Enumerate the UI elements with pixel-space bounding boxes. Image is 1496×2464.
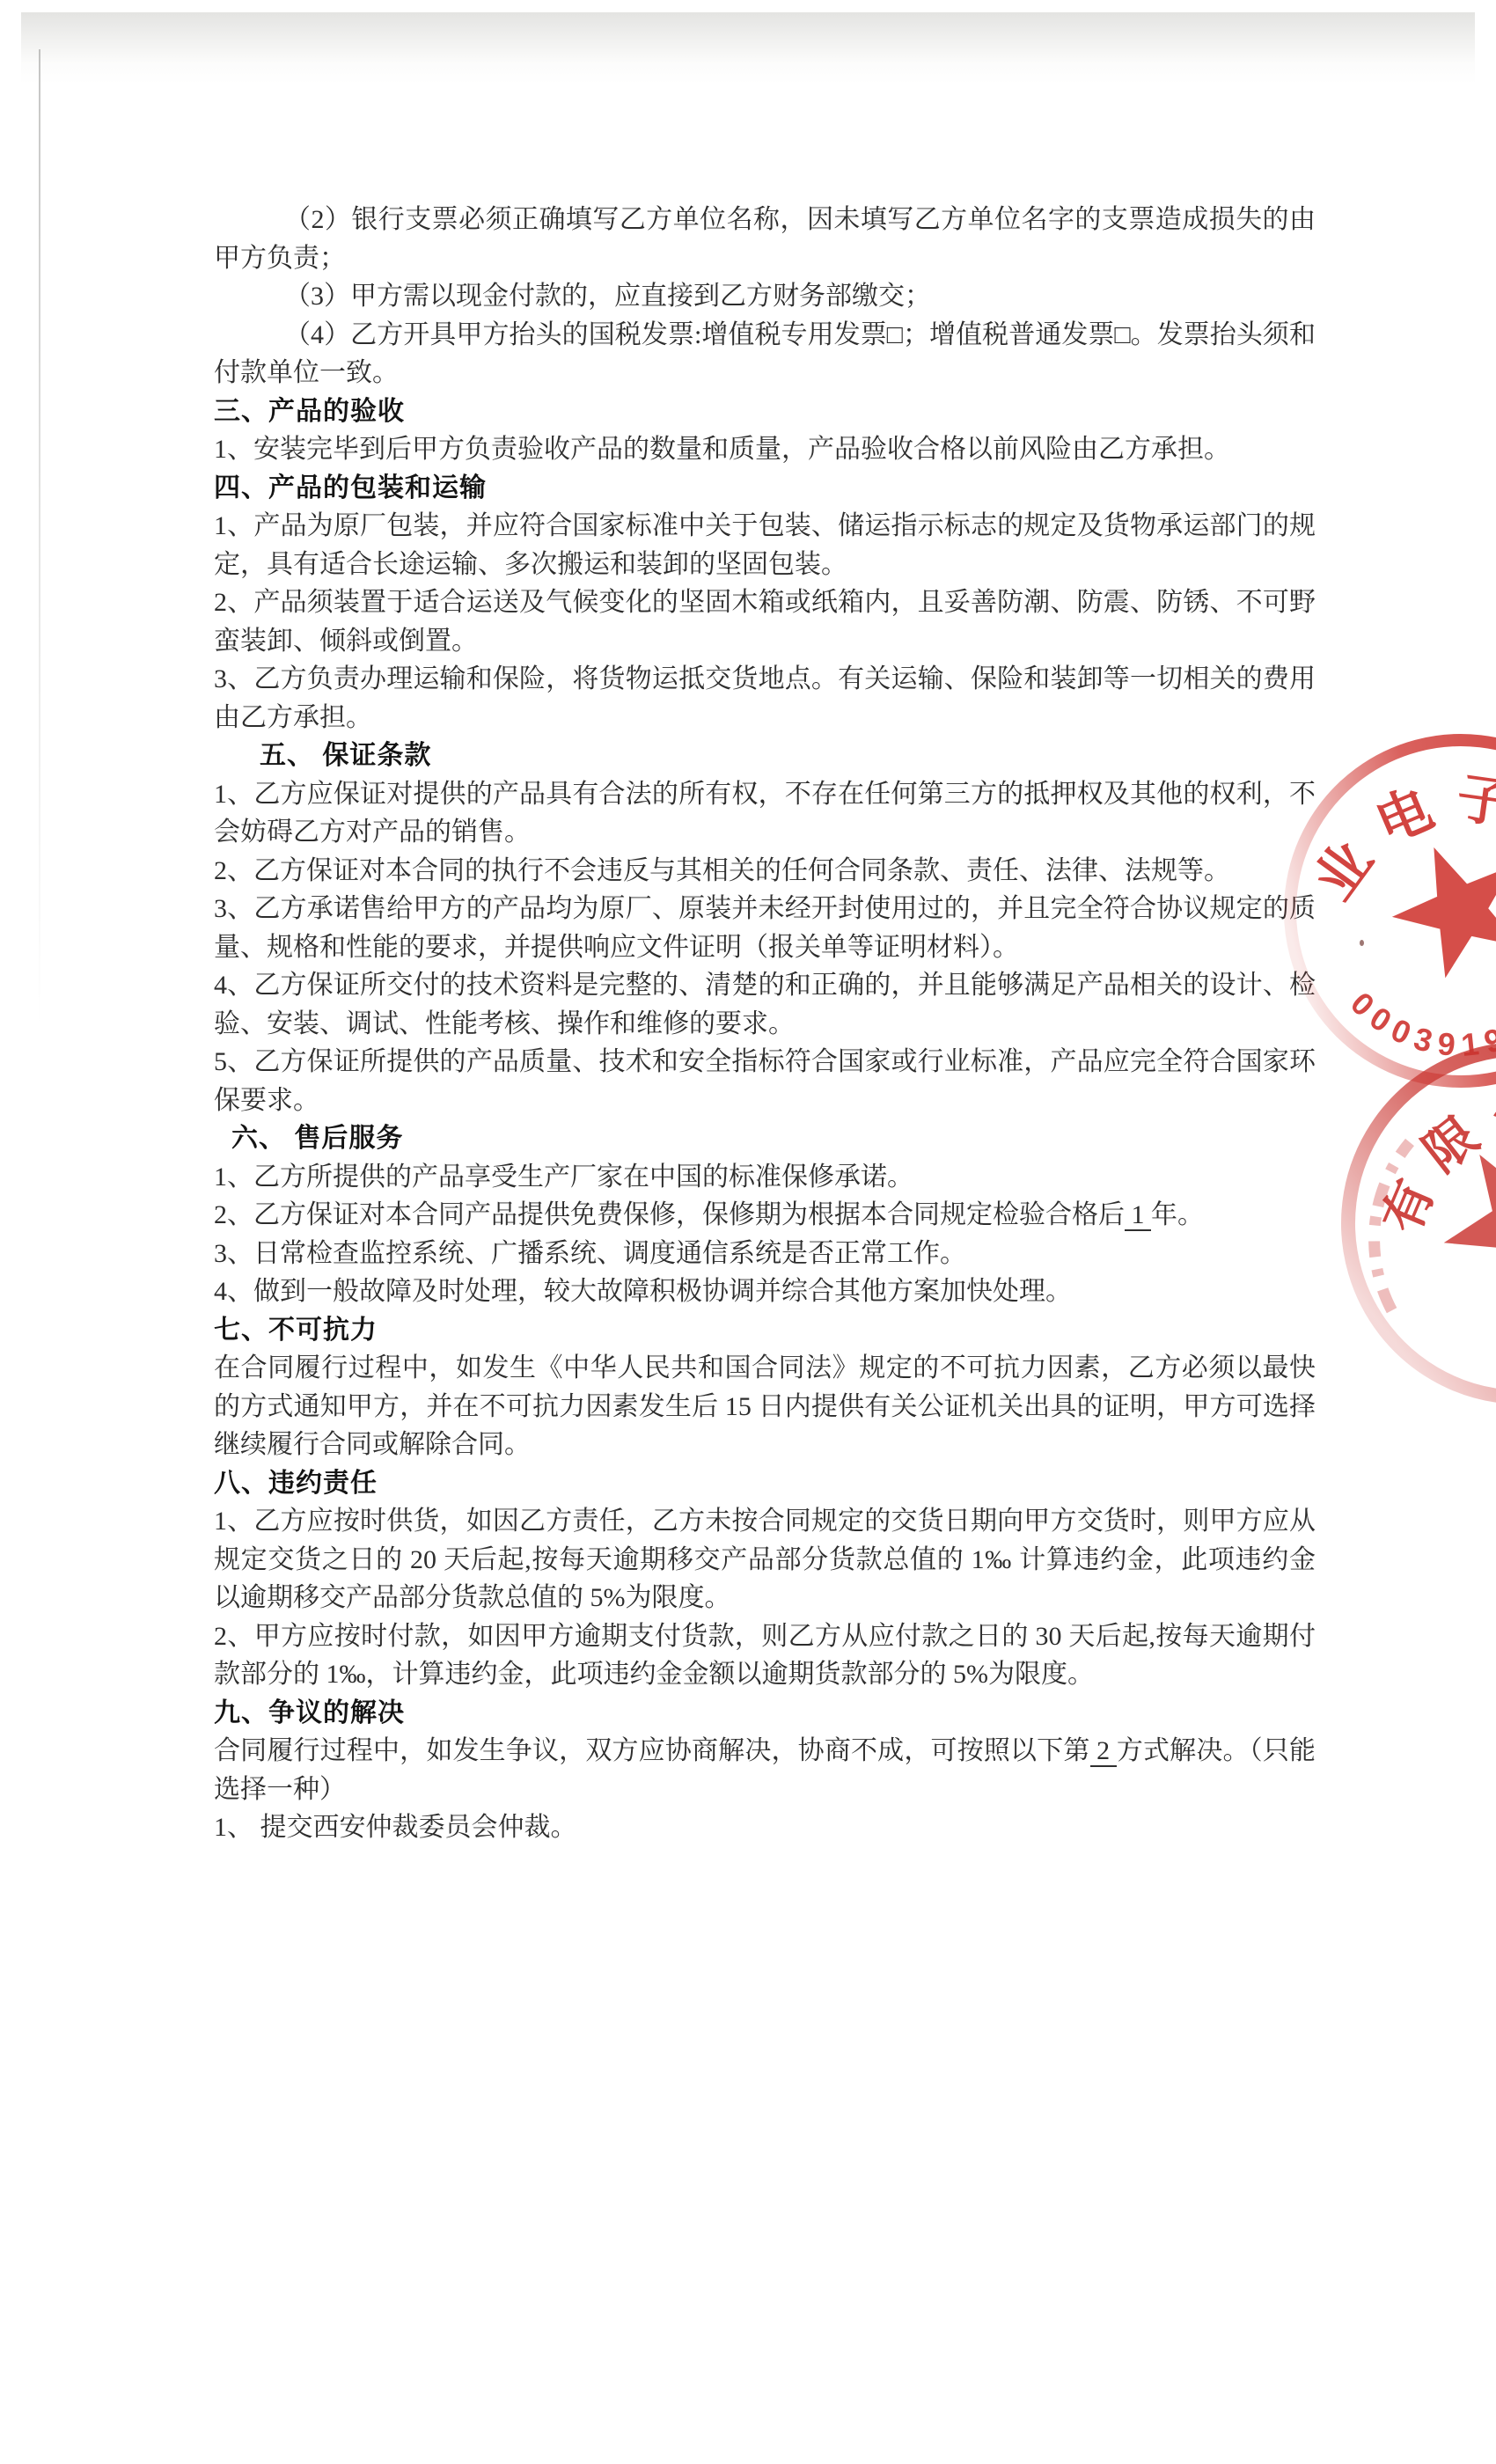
contract-paragraph: 1、乙方应保证对提供的产品具有合法的所有权，不存在任何第三方的抵押权及其他的权利…: [214, 775, 1316, 852]
contract-paragraph: （4）乙方开具甲方抬头的国税发票:增值税专用发票□；增值税普通发票□。发票抬头须…: [214, 316, 1316, 392]
text-run: （4）乙方开具甲方抬头的国税发票:增值税专用发票□；增值税普通发票□。发票抬头须…: [214, 320, 1316, 388]
text-run: 4、乙方保证所交付的技术资料是完整的、清楚的和正确的，并且能够满足产品相关的设计…: [214, 971, 1316, 1038]
text-run: 1、乙方应保证对提供的产品具有合法的所有权，不存在任何第三方的抵押权及其他的权利…: [214, 780, 1316, 847]
paper-left-edge-line: [39, 49, 40, 1026]
text-run: 1、乙方所提供的产品享受生产厂家在中国的标准保修承诺。: [214, 1162, 913, 1192]
text-run: （2）银行支票必须正确填写乙方单位名称，因未填写乙方单位名字的支票造成损失的由甲…: [214, 205, 1316, 273]
section-heading: 七、不可抗力: [214, 1311, 1316, 1350]
contract-paragraph: 5、乙方保证所提供的产品质量、技术和安全指标符合国家或行业标准，产品应完全符合国…: [214, 1043, 1316, 1119]
contract-paragraph: 3、乙方负责办理运输和保险，将货物运抵交货地点。有关运输、保险和装卸等一切相关的…: [214, 660, 1316, 737]
text-run: 1、 提交西安仲裁委员会仲裁。: [214, 1813, 577, 1842]
contract-paragraph: 2、产品须装置于适合运送及气候变化的坚固木箱或纸箱内，且妥善防潮、防震、防锈、不…: [214, 583, 1316, 660]
text-run: 2、乙方保证对本合同的执行不会违反与其相关的任何合同条款、责任、法律、法规等。: [214, 856, 1230, 885]
text-run: 2、产品须装置于适合运送及气候变化的坚固木箱或纸箱内，且妥善防潮、防震、防锈、不…: [214, 588, 1316, 656]
scan-page: （2）银行支票必须正确填写乙方单位名称，因未填写乙方单位名字的支票造成损失的由甲…: [0, 0, 1496, 2464]
contract-paragraph: 1、乙方所提供的产品享受生产厂家在中国的标准保修承诺。: [214, 1158, 1316, 1197]
section-heading: 五、 保证条款: [214, 737, 1316, 775]
contract-paragraph: （3）甲方需以现金付款的，应直接到乙方财务部缴交；: [214, 277, 1316, 316]
section-heading: 四、产品的包装和运输: [214, 469, 1316, 508]
text-run: 七、不可抗力: [214, 1316, 378, 1345]
contract-paragraph: 1、安装完毕到后甲方负责验收产品的数量和质量，产品验收合格以前风险由乙方承担。: [214, 430, 1316, 469]
text-run: 四、产品的包装和运输: [214, 473, 487, 502]
filled-blank: 1: [1125, 1200, 1151, 1231]
filled-blank: 2: [1090, 1736, 1117, 1767]
text-run: 3、乙方负责办理运输和保险，将货物运抵交货地点。有关运输、保险和装卸等一切相关的…: [214, 664, 1316, 732]
text-run: 1、乙方应按时供货，如因乙方责任，乙方未按合同规定的交货日期向甲方交货时，则甲方…: [214, 1507, 1316, 1612]
section-heading: 九、争议的解决: [214, 1694, 1316, 1733]
contract-paragraph: 在合同履行过程中，如发生《中华人民共和国合同法》规定的不可抗力因素，乙方必须以最…: [214, 1349, 1316, 1464]
contract-paragraph: 2、乙方保证对本合同的执行不会违反与其相关的任何合同条款、责任、法律、法规等。: [214, 852, 1316, 891]
text-run: 六、 售后服务: [231, 1124, 403, 1153]
text-run: 4、做到一般故障及时处理，较大故障积极协调并综合其他方案加快处理。: [214, 1277, 1072, 1306]
text-run: 3、日常检查监控系统、广播系统、调度通信系统是否正常工作。: [214, 1239, 966, 1268]
text-run: 1、产品为原厂包装，并应符合国家标准中关于包装、储运指示标志的规定及货物承运部门…: [214, 511, 1316, 579]
contract-paragraph: 4、乙方保证所交付的技术资料是完整的、清楚的和正确的，并且能够满足产品相关的设计…: [214, 966, 1316, 1043]
contract-paragraph: 2、乙方保证对本合同产品提供免费保修，保修期为根据本合同规定检验合格后 1 年。: [214, 1196, 1316, 1235]
section-heading: 三、产品的验收: [214, 392, 1316, 431]
text-run: 5、乙方保证所提供的产品质量、技术和安全指标符合国家或行业标准，产品应完全符合国…: [214, 1047, 1316, 1115]
scan-top-shadow: [21, 12, 1475, 84]
contract-paragraph: 3、乙方承诺售给甲方的产品均为原厂、原装并未经开封使用过的，并且完全符合协议规定…: [214, 890, 1316, 966]
contract-paragraph: 1、 提交西安仲裁委员会仲裁。: [214, 1808, 1316, 1847]
text-run: 九、争议的解决: [214, 1698, 405, 1727]
contract-paragraph: 2、甲方应按时付款，如因甲方逾期支付货款，则乙方从应付款之日的 30 天后起,按…: [214, 1617, 1316, 1694]
text-run: 1、安装完毕到后甲方负责验收产品的数量和质量，产品验收合格以前风险由乙方承担。: [214, 435, 1230, 464]
contract-paragraph: （2）银行支票必须正确填写乙方单位名称，因未填写乙方单位名字的支票造成损失的由甲…: [214, 201, 1316, 277]
contract-paragraph: 1、产品为原厂包装，并应符合国家标准中关于包装、储运指示标志的规定及货物承运部门…: [214, 507, 1316, 583]
text-run: 年。: [1151, 1200, 1204, 1229]
text-run: 在合同履行过程中，如发生《中华人民共和国合同法》规定的不可抗力因素，乙方必须以最…: [214, 1353, 1316, 1459]
text-run: 三、产品的验收: [214, 397, 405, 426]
contract-paragraph: 3、日常检查监控系统、广播系统、调度通信系统是否正常工作。: [214, 1235, 1316, 1273]
contract-paragraph: 4、做到一般故障及时处理，较大故障积极协调并综合其他方案加快处理。: [214, 1272, 1316, 1311]
section-heading: 八、违约责任: [214, 1464, 1316, 1503]
text-run: 合同履行过程中，如发生争议，双方应协商解决，协商不成，可按照以下第: [214, 1736, 1090, 1765]
text-run: 3、乙方承诺售给甲方的产品均为原厂、原装并未经开封使用过的，并且完全符合协议规定…: [214, 894, 1316, 962]
text-run: 八、违约责任: [214, 1469, 378, 1498]
section-heading: 六、 售后服务: [214, 1119, 1316, 1158]
contract-paragraph: 1、乙方应按时供货，如因乙方责任，乙方未按合同规定的交货日期向甲方交货时，则甲方…: [214, 1502, 1316, 1617]
text-run: 五、 保证条款: [260, 741, 431, 770]
company-seal-bottom: 有限公 示辑: [1329, 1030, 1496, 1417]
contract-paragraph: 合同履行过程中，如发生争议，双方应协商解决，协商不成，可按照以下第 2 方式解决…: [214, 1732, 1316, 1808]
text-run: （3）甲方需以现金付款的，应直接到乙方财务部缴交；: [284, 282, 931, 311]
contract-body: （2）银行支票必须正确填写乙方单位名称，因未填写乙方单位名字的支票造成损失的由甲…: [214, 201, 1316, 1847]
text-run: 2、甲方应按时付款，如因甲方逾期支付货款，则乙方从应付款之日的 30 天后起,按…: [214, 1622, 1316, 1690]
text-run: 2、乙方保证对本合同产品提供免费保修，保修期为根据本合同规定检验合格后: [214, 1200, 1125, 1229]
